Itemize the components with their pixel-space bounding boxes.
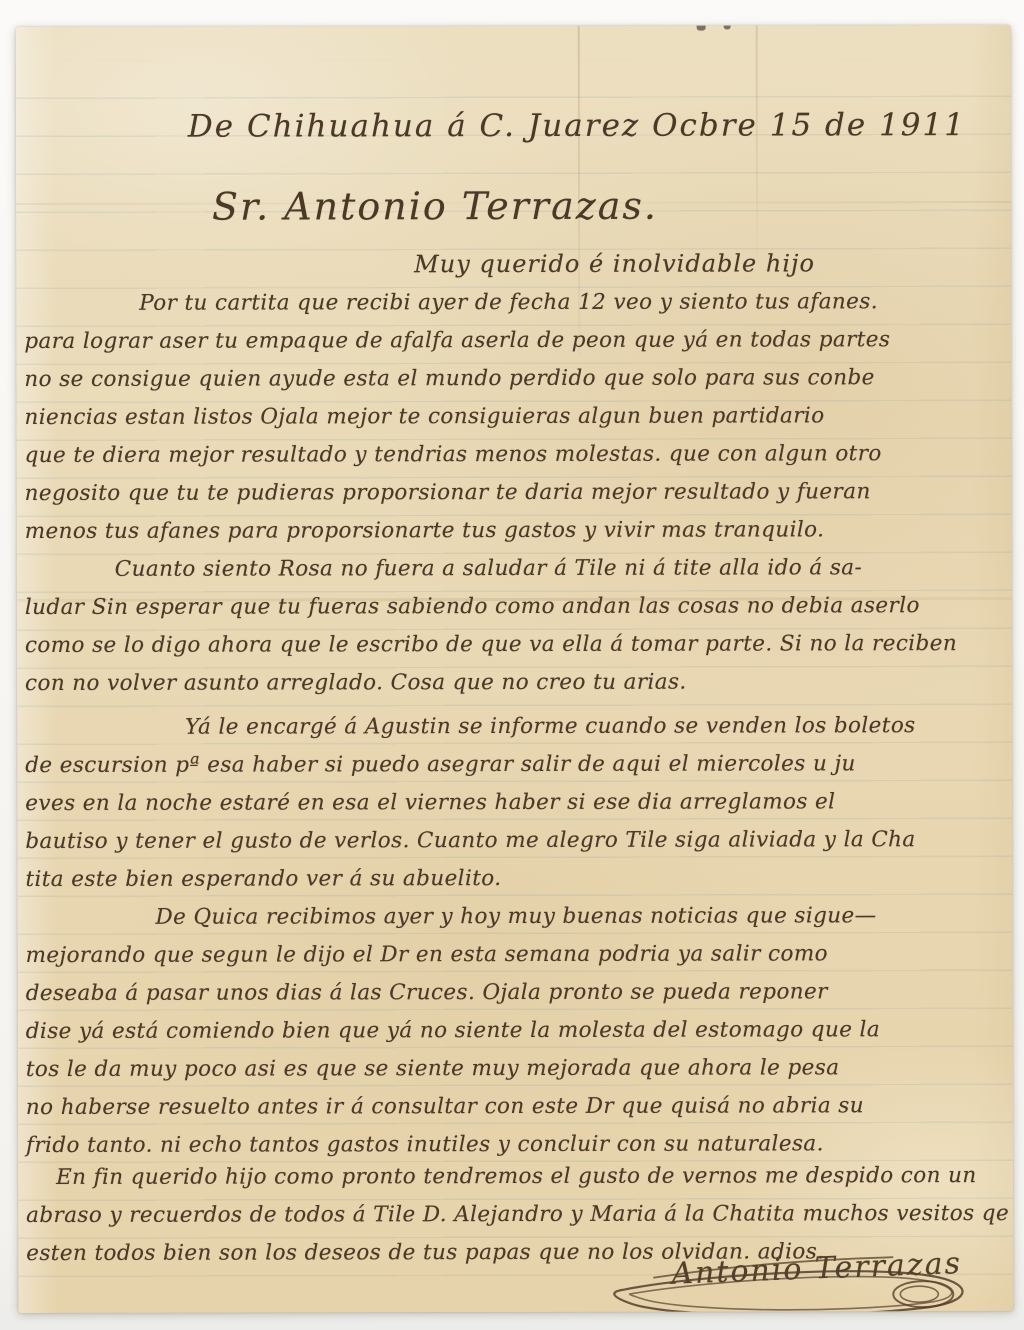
letter-line: Yá le encargé á Agustin se informe cuand… xyxy=(25,707,1007,747)
letter-line: abraso y recuerdos de todos á Tile D. Al… xyxy=(26,1195,1008,1235)
letter-line: dise yá está comiendo bien que yá no sie… xyxy=(26,1011,1008,1051)
letter-line: En fin querido hijo como pronto tendremo… xyxy=(26,1157,1008,1197)
letter-paper: De Chihuahua á C. Juarez Ocbre 15 de 191… xyxy=(16,25,1014,1313)
letter-line: eves en la noche estaré en esa el vierne… xyxy=(25,783,1007,823)
letter-line: no haberse resuelto antes ir á consultar… xyxy=(26,1087,1008,1127)
letter-line: como se lo digo ahora que le escribo de … xyxy=(25,625,1007,665)
paper-notch xyxy=(724,25,731,30)
letter-line: tita este bien esperando ver á su abueli… xyxy=(25,859,1007,899)
letter-line: de escursion pª esa haber si puedo asegr… xyxy=(25,745,1007,785)
letter-line: que te diera mejor resultado y tendrias … xyxy=(25,435,1007,475)
letter-line: niencias estan listos Ojala mejor te con… xyxy=(24,397,1006,437)
scanned-letter: De Chihuahua á C. Juarez Ocbre 15 de 191… xyxy=(0,0,1024,1330)
letter-line: tos le da muy poco asi es que se siente … xyxy=(26,1049,1008,1089)
recipient-name: Sr. Antonio Terrazas. xyxy=(212,184,658,229)
signature-block: Antonio Terrazas xyxy=(593,1237,993,1313)
letter-body: Por tu cartita que recibi ayer de fecha … xyxy=(24,283,1008,1273)
paper-notch xyxy=(697,25,706,31)
letter-line: Por tu cartita que recibi ayer de fecha … xyxy=(24,283,1006,323)
letter-line: menos tus afanes para proporsionarte tus… xyxy=(25,511,1007,551)
salutation: Muy querido é inolvidable hijo xyxy=(414,249,815,278)
letter-line: mejorando que segun le dijo el Dr en est… xyxy=(26,935,1008,975)
letter-line: no se consigue quien ayude esta el mundo… xyxy=(24,359,1006,399)
letter-line: De Quica recibimos ayer y hoy muy buenas… xyxy=(25,897,1007,937)
letter-line: Cuanto siento Rosa no fuera a saludar á … xyxy=(25,549,1007,589)
letter-line: para lograr aser tu empaque de afalfa as… xyxy=(24,321,1006,361)
letter-line: ludar Sin esperar que tu fueras sabiendo… xyxy=(25,587,1007,627)
letter-line: con no volver asunto arreglado. Cosa que… xyxy=(25,663,1007,703)
letter-line: bautiso y tener el gusto de verlos. Cuan… xyxy=(25,821,1007,861)
letter-line: deseaba á pasar unos dias á las Cruces. … xyxy=(26,973,1008,1013)
dateline: De Chihuahua á C. Juarez Ocbre 15 de 191… xyxy=(188,107,966,145)
letter-line: negosito que tu te pudieras proporsionar… xyxy=(25,473,1007,513)
